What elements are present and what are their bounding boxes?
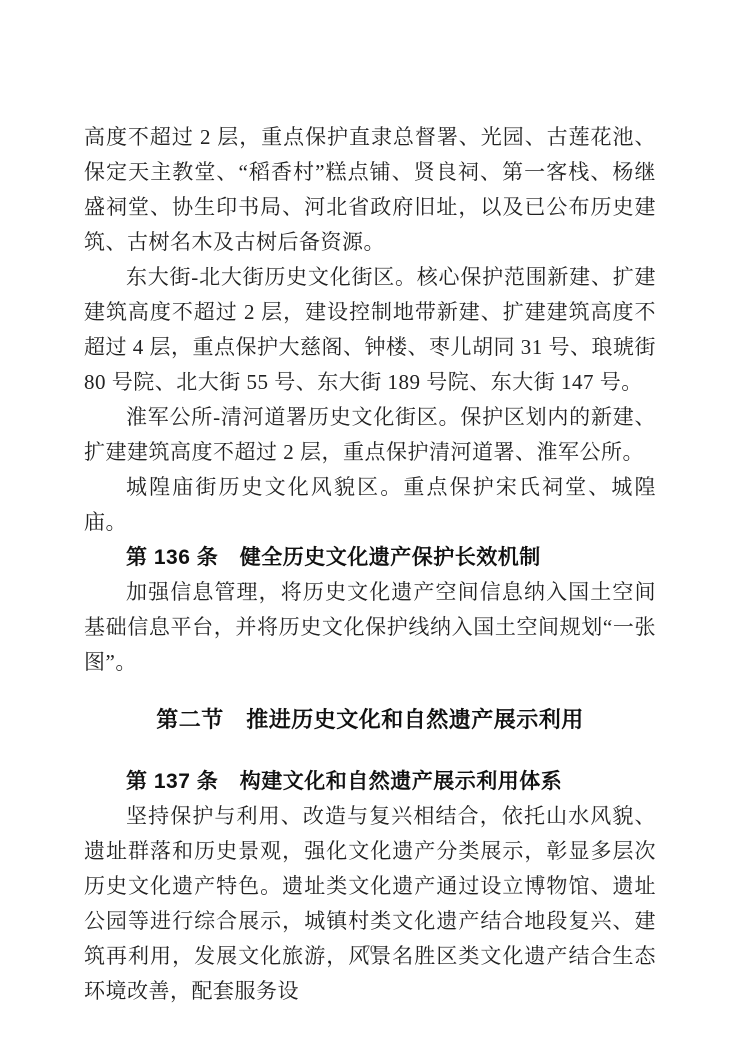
- document-page: 高度不超过 2 层，重点保护直隶总督署、光园、古莲花池、保定天主教堂、“稻香村”…: [0, 0, 740, 1047]
- paragraph-continuation: 高度不超过 2 层，重点保护直隶总督署、光园、古莲花池、保定天主教堂、“稻香村”…: [84, 120, 656, 260]
- paragraph: 东大街-北大街历史文化街区。核心保护范围新建、扩建建筑高度不超过 2 层，建设控…: [84, 260, 656, 400]
- article-heading-137: 第 137 条 构建文化和自然遗产展示利用体系: [84, 764, 656, 799]
- paragraph: 淮军公所-清河道署历史文化街区。保护区划内的新建、扩建建筑高度不超过 2 层，重…: [84, 400, 656, 470]
- text-block: 高度不超过 2 层，重点保护直隶总督署、光园、古莲花池、保定天主教堂、“稻香村”…: [84, 120, 656, 1009]
- article-heading-136: 第 136 条 健全历史文化遗产保护长效机制: [84, 540, 656, 575]
- paragraph: 城隍庙街历史文化风貌区。重点保护宋氏祠堂、城隍庙。: [84, 470, 656, 540]
- section-heading: 第二节 推进历史文化和自然遗产展示利用: [84, 702, 656, 738]
- paragraph: 加强信息管理，将历史文化遗产空间信息纳入国土空间基础信息平台，并将历史文化保护线…: [84, 575, 656, 680]
- page-number: 70: [0, 942, 740, 957]
- paragraph: 坚持保护与利用、改造与复兴相结合，依托山水风貌、遗址群落和历史景观，强化文化遗产…: [84, 799, 656, 1009]
